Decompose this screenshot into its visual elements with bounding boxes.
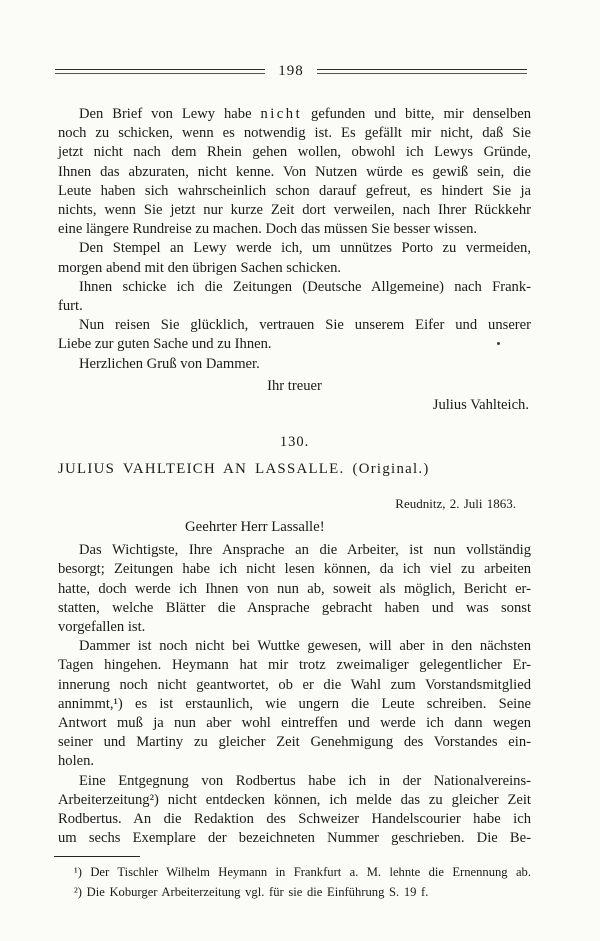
text-line: noch zu schicken, wenn es notwendig ist.… [58,124,531,143]
letter-dateline: Reudnitz, 2. Juli 1863. [58,496,531,512]
text-line: Das Wichtigste, Ihre Ansprache an die Ar… [58,541,531,560]
text-line: hatte, doch werde ich Ihnen von nun ab, … [58,580,531,599]
text-line: ²) Die Koburger Arbeiterzeitung vgl. für… [58,882,531,903]
letter-closing: Ihr treuer [58,377,531,396]
book-page: 198 Den Brief von Lewy habe nicht gefund… [0,0,600,941]
text-line: jetzt nicht nach dem Rhein gehen wollen,… [58,143,531,162]
text-line: morgen abend mit den übrigen Sachen schi… [58,259,531,278]
text-line: Antwort muß ja nun aber wohl eintreffen … [58,714,531,733]
letter-signature: Julius Vahlteich. [58,396,531,415]
text-line: annimmt,¹) es ist erstaunlich, wie unger… [58,695,531,714]
text-line: nichts, wenn Sie jetzt nur kurze Zeit do… [58,201,531,220]
letter-body-130: Das Wichtigste, Ihre Ansprache an die Ar… [58,541,531,848]
footnotes: ¹) Der Tischler Wilhelm Heymann in Frank… [58,862,531,903]
header-rule-right [317,69,527,74]
section-number: 130. [58,434,531,451]
letter-body-previous: Den Brief von Lewy habe nicht gefunden u… [58,105,531,374]
running-head: 198 [0,0,600,78]
text-line: eine längere Rundreise zu machen. Doch d… [58,220,531,239]
text-line: Ihnen das abzuraten, nicht kenne. Von Nu… [58,163,531,182]
text-line: Herzlichen Gruß von Dammer. [58,355,531,374]
text-line: Leute haben sich wahrscheinlich schon da… [58,182,531,201]
text-column: Den Brief von Lewy habe nicht gefunden u… [0,105,600,903]
text-line: Dammer ist noch nicht bei Wuttke gewesen… [58,637,531,656]
text-line: ¹) Der Tischler Wilhelm Heymann in Frank… [58,862,531,883]
header-rule-left [55,69,265,74]
footnote-rule [54,856,140,857]
text-line: seiner und Martiny zu gleicher Zeit Gene… [58,733,531,752]
text-line: Tagen hingehen. Heymann hat mir trotz zw… [58,656,531,675]
scan-speck [497,342,500,345]
text-line: Rodbertus. An die Redaktion des Schweize… [58,810,531,829]
text-line: besorgt; Zeitungen habe ich nicht lesen … [58,560,531,579]
emphasized-word: nicht [260,106,302,122]
footnote-block: ¹) Der Tischler Wilhelm Heymann in Frank… [58,856,531,903]
text-line: statten, welche Blätter die Ansprache ge… [58,599,531,618]
text-line: Arbeiterzeitung²) nicht entdecken können… [58,791,531,810]
text-line: innerung noch nicht geantwortet, ob er d… [58,676,531,695]
text-line: vorgefallen ist. [58,618,531,637]
text-line: Ihnen schicke ich die Zeitungen (Deutsch… [58,278,531,297]
text-line: Den Stempel an Lewy werde ich, um unnütz… [58,239,531,258]
text-line: um sechs Exemplare der bezeichneten Numm… [58,829,531,848]
text-line: Eine Entgegnung von Rodbertus habe ich i… [58,772,531,791]
section-title: JULIUS VAHLTEICH AN LASSALLE. (Original.… [58,460,531,479]
text-line: furt. [58,297,531,316]
text-line: holen. [58,752,531,771]
letter-salutation: Geehrter Herr Lassalle! [58,518,531,537]
text-line: Nun reisen Sie glücklich, vertrauen Sie … [58,316,531,335]
text-line: Liebe zur guten Sache und zu Ihnen. [58,335,531,354]
page-number: 198 [274,64,308,78]
text-line: Den Brief von Lewy habe nicht gefunden u… [58,105,531,124]
